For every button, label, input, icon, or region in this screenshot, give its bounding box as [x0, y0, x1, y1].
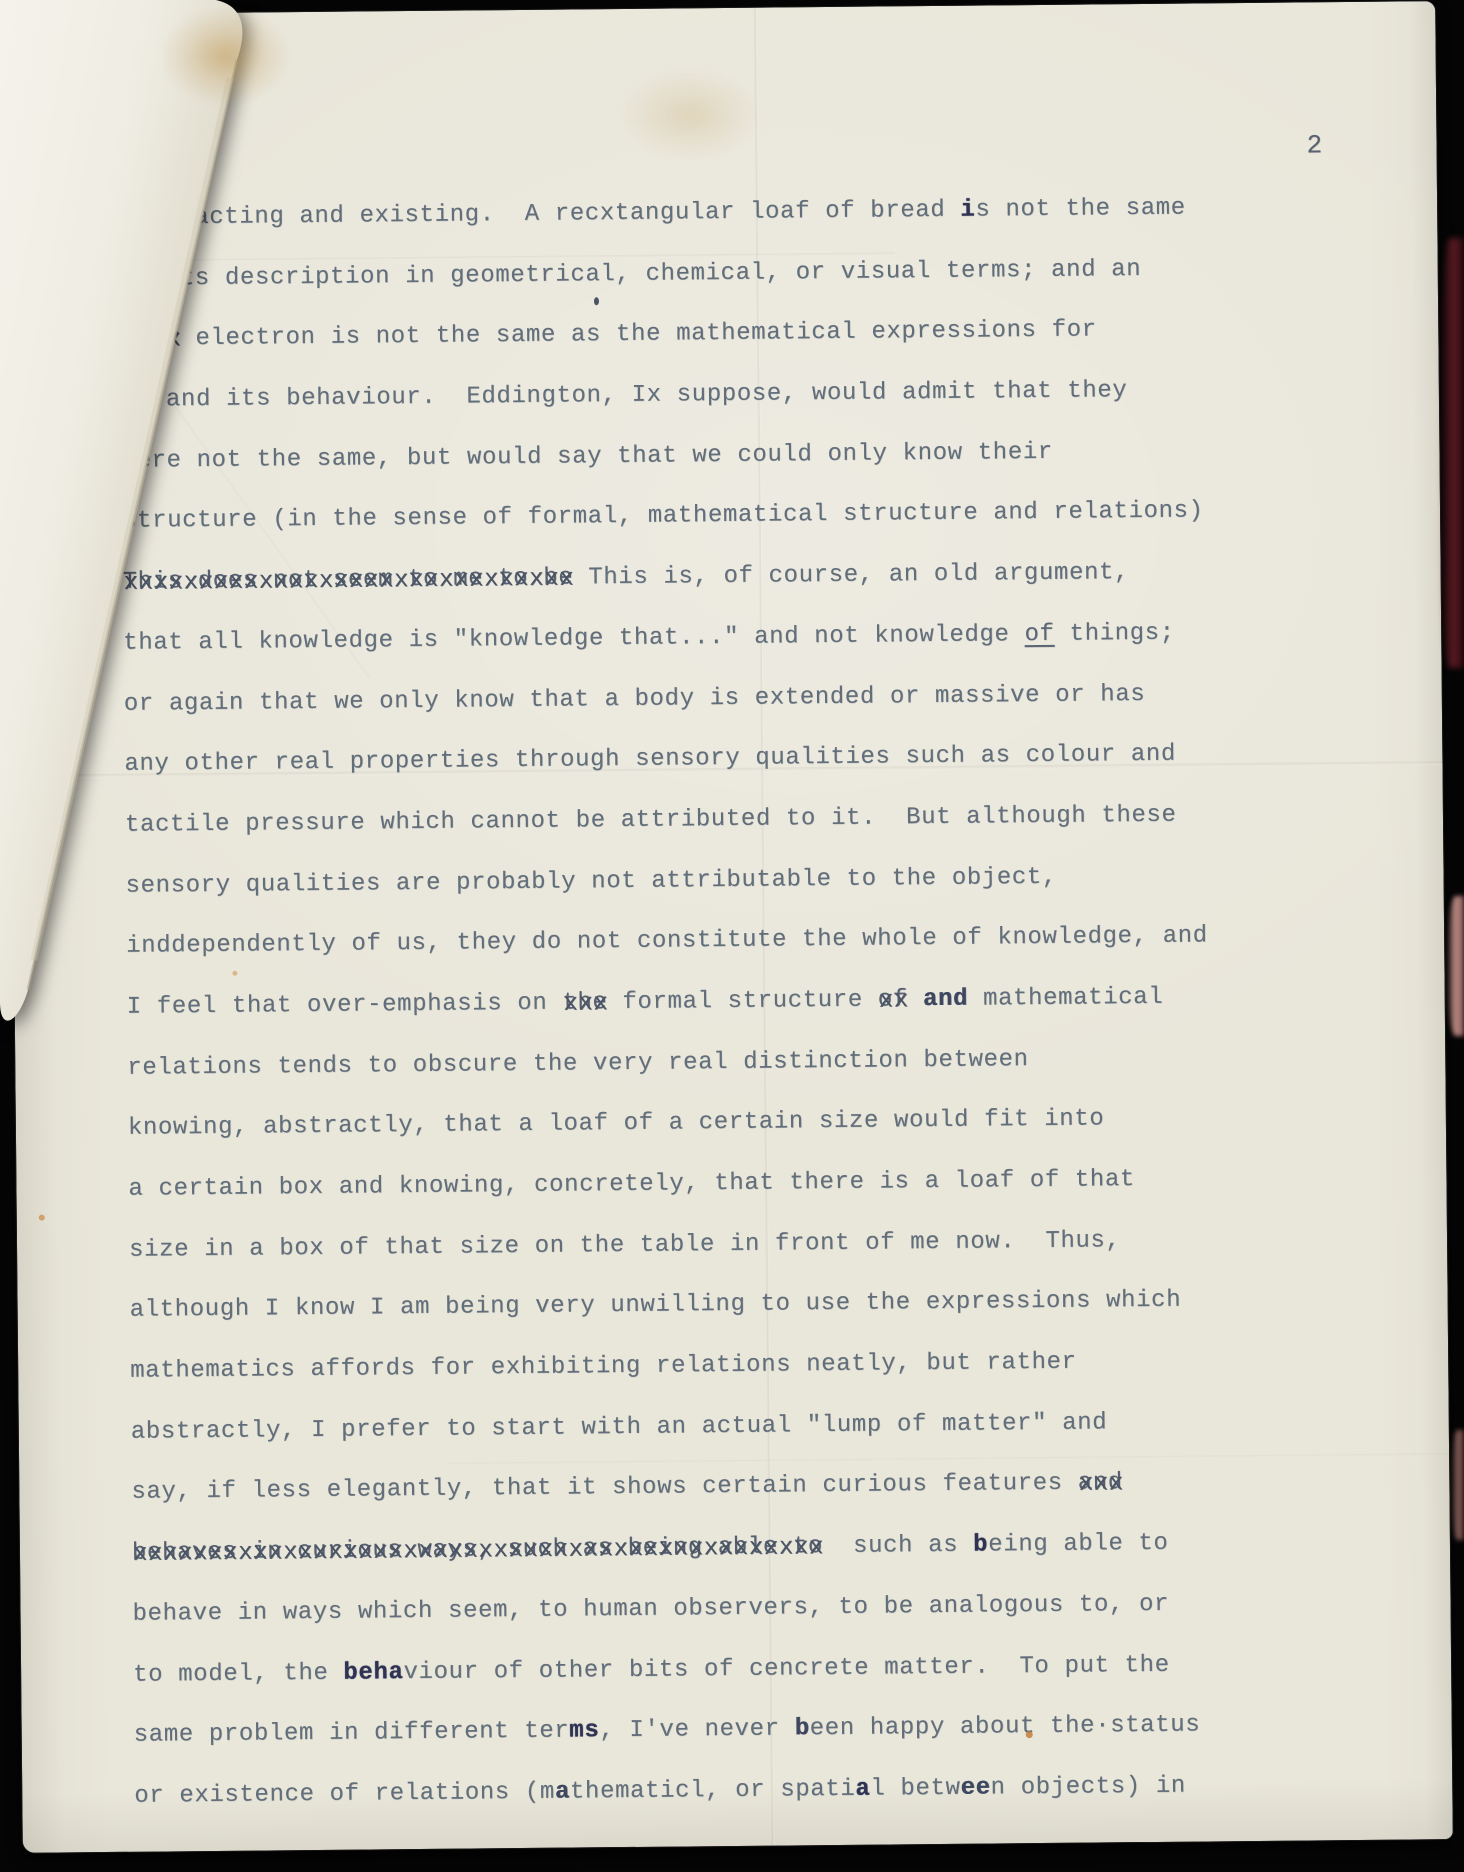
typed-text-segment — [908, 986, 923, 1013]
typed-text-segment: s not the same — [975, 195, 1186, 224]
handwritten-correction: b — [973, 1532, 988, 1559]
struck-out-text: behaves in curious ways, such as being a… — [132, 1532, 823, 1569]
typed-text-segment: or existence of relations (m — [134, 1779, 555, 1810]
overtyped-text: ee — [960, 1774, 990, 1801]
rust-speck — [1026, 1731, 1033, 1738]
rust-speck — [39, 1215, 45, 1221]
handwritten-correction: i — [960, 197, 975, 224]
typed-text-segment: n objects) in — [990, 1773, 1186, 1802]
fingertip-edge — [1451, 1430, 1464, 1540]
typed-text-segment: een happy about the·status — [810, 1712, 1201, 1743]
struck-out-text: and — [1078, 1469, 1123, 1499]
overtyped-text: a — [555, 1778, 570, 1805]
typed-text-segment: eing able to — [988, 1530, 1169, 1559]
typed-text-segment: same problem in different ter — [134, 1718, 570, 1749]
struck-out-text: xxxx — [120, 325, 180, 356]
typed-text-segment: mathematical — [968, 984, 1164, 1013]
typed-text-segment: interacting and existing. A recxtangular… — [119, 197, 960, 232]
overtyped-text: b — [795, 1715, 810, 1742]
typed-text-segment: , I've never — [599, 1716, 795, 1745]
typed-text-segment: such as — [823, 1532, 973, 1560]
stray-ink-dot — [594, 297, 599, 305]
photo-edge-artifact — [1440, 238, 1464, 668]
fingertip-edge — [1447, 896, 1464, 1036]
typed-text-segment: thematicl, or spati — [570, 1776, 856, 1806]
typed-text-segment: l betw — [870, 1775, 960, 1803]
underlined-text: of — [1024, 621, 1054, 648]
handwritten-correction: a — [855, 1776, 870, 1803]
handwritten-correction: beha — [343, 1659, 403, 1687]
paper-sheet: 2 interacting and existing. A recxtangul… — [5, 1, 1453, 1853]
rust-speck — [232, 971, 237, 976]
typed-text-segment: things; — [1054, 620, 1174, 648]
struck-out-text: of — [878, 985, 908, 1015]
typed-text: interacting and existing. A recxtangular… — [119, 192, 1375, 1842]
struck-out-text: This does not seem to me to be — [123, 564, 574, 598]
typed-text-segment: This is, of course, an old argument, — [573, 559, 1129, 591]
typed-text-segment: formal structure — [607, 987, 878, 1017]
typed-text-segment: viour of other bits of cencrete matter. … — [403, 1651, 1169, 1685]
typed-text-segment: I feel that over-emphasis on — [127, 990, 563, 1021]
photo-of-typed-page: 2 interacting and existing. A recxtangul… — [0, 0, 1464, 1872]
typed-text-segment: to model, the — [133, 1659, 344, 1688]
struck-out-text: the — [562, 988, 607, 1018]
page-number: 2 — [1306, 130, 1322, 160]
handwritten-correction: ms — [569, 1717, 599, 1744]
overtyped-text: and — [923, 986, 968, 1013]
typed-line: or existence of relations (mathematicl, … — [134, 1770, 1375, 1843]
